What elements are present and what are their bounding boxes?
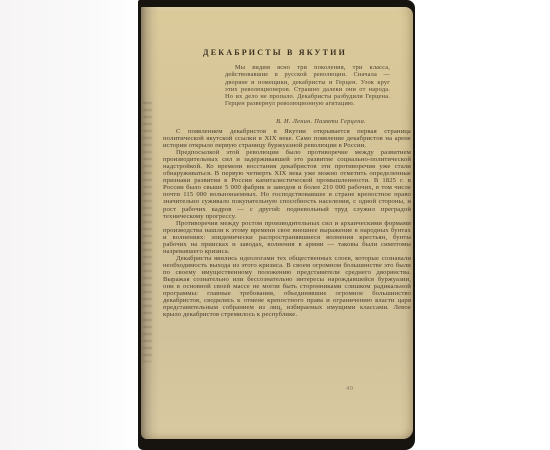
scanned-book-photo: ДЕКАБРИСТЫ В ЯКУТИИ Мы видим ясно три по… bbox=[0, 0, 550, 450]
book-edge-frame: ДЕКАБРИСТЫ В ЯКУТИИ Мы видим ясно три по… bbox=[138, 0, 415, 450]
epigraph-text: Мы видим ясно три поколения, три класса,… bbox=[225, 64, 390, 108]
page-number: 49 bbox=[346, 385, 354, 392]
background-left bbox=[0, 0, 138, 450]
chapter-title: ДЕКАБРИСТЫ В ЯКУТИИ bbox=[203, 48, 347, 57]
paragraph-1: С появлением декабристов в Якутии открыв… bbox=[163, 128, 411, 149]
opposite-page-showthrough bbox=[143, 102, 152, 362]
paragraph-2: Предпосылкой этой революции было противо… bbox=[163, 149, 411, 219]
paragraph-3: Противоречия между ростом производительн… bbox=[163, 220, 411, 255]
body-text: С появлением декабристов в Якутии открыв… bbox=[163, 128, 411, 318]
paragraph-4: Декабристы явились идеологами тех общест… bbox=[163, 255, 411, 318]
book-page: ДЕКАБРИСТЫ В ЯКУТИИ Мы видим ясно три по… bbox=[141, 7, 413, 439]
epigraph-attribution: В. И. Ленин. Памяти Герцена. bbox=[225, 118, 390, 125]
background-right bbox=[415, 0, 550, 450]
